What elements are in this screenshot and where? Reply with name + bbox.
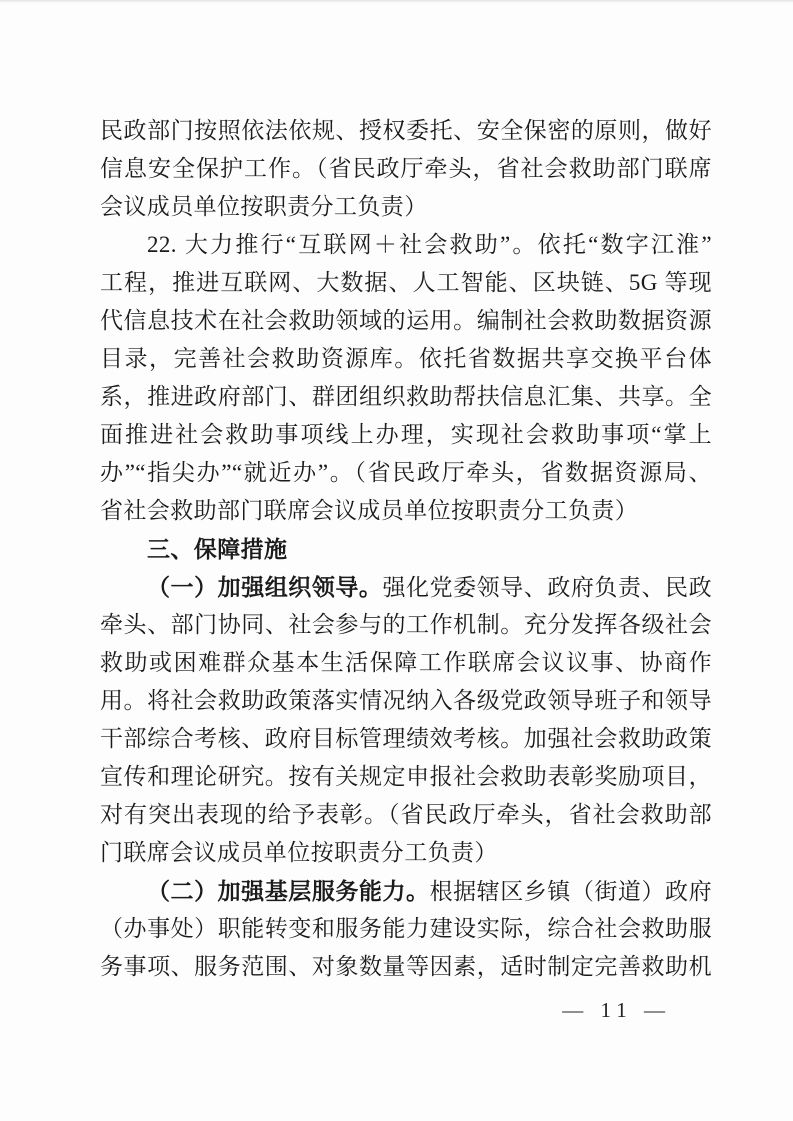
text-segment: 务事项、服务范围、对象数量等因素，适时制定完善救助机 (100, 954, 712, 979)
text-segment: 救助或困难群众基本生活保障工作联席会议议事、协商作 (100, 650, 712, 675)
text-segment: （一）加强组织领导。 (147, 574, 382, 600)
text-segment: 三、保障措施 (147, 536, 287, 562)
text-line: 宣传和理论研究。按有关规定申报社会救助表彰奖励项目， (100, 758, 712, 796)
text-line: 信息安全保护工作。（省民政厅牵头，省社会救助部门联席 (100, 150, 712, 188)
text-segment: 信息安全保护工作。（省民政厅牵头，省社会救助部门联席 (100, 156, 712, 181)
text-segment: 强化党委领导、政府负责、民政 (382, 575, 712, 600)
text-line: 务事项、服务范围、对象数量等因素，适时制定完善救助机 (100, 948, 712, 986)
page-number: — 11 — (562, 998, 671, 1023)
text-segment: 根据辖区乡镇（街道）政府 (430, 879, 712, 904)
text-line: 面推进社会救助事项线上办理，实现社会救助事项“掌上 (100, 416, 712, 454)
scanned-document-page: { "page": { "background": "#fdfdfd", "te… (0, 0, 793, 1121)
text-segment: 牵头、部门协同、社会参与的工作机制。充分发挥各级社会 (100, 612, 712, 637)
text-line: 工程，推进互联网、大数据、人工智能、区块链、5G 等现 (100, 264, 712, 302)
text-segment: 门联席会议成员单位按职责分工负责） (100, 840, 498, 865)
text-segment: 办”“指尖办”“就近办”。（省民政厅牵头，省数据资源局、 (100, 460, 712, 485)
text-line: 省社会救助部门联席会议成员单位按职责分工负责） (100, 492, 712, 530)
text-segment: 对有突出表现的给予表彰。（省民政厅牵头，省社会救助部 (100, 802, 712, 827)
text-segment: 省社会救助部门联席会议成员单位按职责分工负责） (100, 498, 638, 523)
text-segment: 代信息技术在社会救助领域的运用。编制社会救助数据资源 (100, 308, 712, 333)
text-segment: 目录，完善社会救助资源库。依托省数据共享交换平台体 (100, 346, 712, 371)
section-heading: 三、保障措施 (100, 530, 712, 568)
text-segment: 系，推进政府部门、群团组织救助帮扶信息汇集、共享。全 (100, 384, 712, 409)
text-line: 救助或困难群众基本生活保障工作联席会议议事、协商作 (100, 644, 712, 682)
text-line: 门联席会议成员单位按职责分工负责） (100, 834, 712, 872)
text-segment: 面推进社会救助事项线上办理，实现社会救助事项“掌上 (100, 422, 712, 447)
text-segment: 干部综合考核、政府目标管理绩效考核。加强社会救助政策 (100, 726, 712, 751)
text-segment: （办事处）职能转变和服务能力建设实际，综合社会救助服 (100, 916, 712, 941)
text-segment: 宣传和理论研究。按有关规定申报社会救助表彰奖励项目， (100, 764, 712, 789)
text-segment: 工程，推进互联网、大数据、人工智能、区块链、5G 等现 (100, 270, 712, 295)
text-line: 代信息技术在社会救助领域的运用。编制社会救助数据资源 (100, 302, 712, 340)
scan-edge-shadow (0, 0, 793, 3)
text-line: （办事处）职能转变和服务能力建设实际，综合社会救助服 (100, 910, 712, 948)
text-line: 用。将社会救助政策落实情况纳入各级党政领导班子和领导 (100, 682, 712, 720)
text-segment: 22. 大力推行“互联网＋社会救助”。依托“数字江淮” (147, 232, 712, 257)
text-line: （一）加强组织领导。强化党委领导、政府负责、民政 (100, 568, 712, 606)
text-segment: 用。将社会救助政策落实情况纳入各级党政领导班子和领导 (100, 688, 712, 713)
text-line: （二）加强基层服务能力。根据辖区乡镇（街道）政府 (100, 872, 712, 910)
document-body: 民政部门按照依法依规、授权委托、安全保密的原则，做好信息安全保护工作。（省民政厅… (100, 112, 712, 986)
text-line: 会议成员单位按职责分工负责） (100, 188, 712, 226)
text-line: 干部综合考核、政府目标管理绩效考核。加强社会救助政策 (100, 720, 712, 758)
text-segment: 会议成员单位按职责分工负责） (100, 194, 428, 219)
text-line: 对有突出表现的给予表彰。（省民政厅牵头，省社会救助部 (100, 796, 712, 834)
text-line: 牵头、部门协同、社会参与的工作机制。充分发挥各级社会 (100, 606, 712, 644)
text-line: 系，推进政府部门、群团组织救助帮扶信息汇集、共享。全 (100, 378, 712, 416)
text-segment: （二）加强基层服务能力。 (147, 878, 430, 904)
text-segment: 民政部门按照依法依规、授权委托、安全保密的原则，做好 (100, 118, 712, 143)
text-line: 目录，完善社会救助资源库。依托省数据共享交换平台体 (100, 340, 712, 378)
text-line: 办”“指尖办”“就近办”。（省民政厅牵头，省数据资源局、 (100, 454, 712, 492)
text-line: 民政部门按照依法依规、授权委托、安全保密的原则，做好 (100, 112, 712, 150)
text-line: 22. 大力推行“互联网＋社会救助”。依托“数字江淮” (100, 226, 712, 264)
